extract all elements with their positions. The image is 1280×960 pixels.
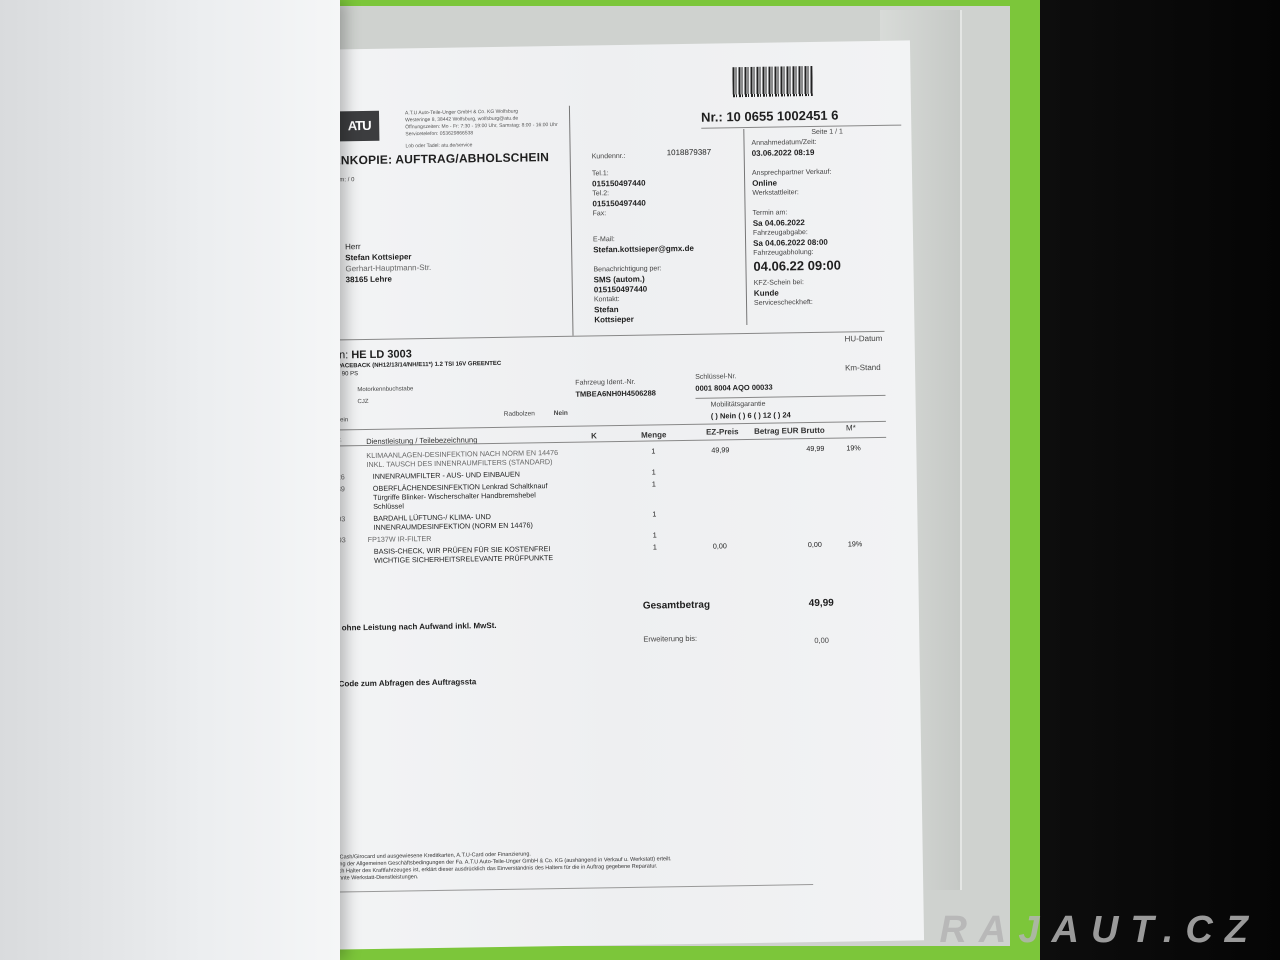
total-value: 49,99 [809, 598, 834, 609]
vin: TMBEA6NH0H4506288 [575, 388, 656, 398]
phone-block: Tel.1: 015150497440 Tel.2: 015150497440 … [592, 169, 646, 220]
document-title: DENKOPIE: AUFTRAG/ABHOLSCHEIN [324, 150, 550, 168]
customer-no: 1018879387 [667, 148, 712, 158]
vehicle-model: D SPACEBACK (NH12/13/14/NH/E11*) 1.2 TSI… [327, 361, 501, 370]
left-page [0, 0, 340, 960]
atu-logo: ATU [339, 111, 379, 142]
barcode [732, 66, 812, 97]
customer-no-label: Kundennr.: [592, 153, 626, 161]
mobility-options: ( ) Nein ( ) 6 ( ) 12 ( ) 24 [711, 410, 791, 420]
total-label: Gesamtbetrag [643, 600, 710, 612]
company-block: A.T.U Auto-Teile-Unger GmbH & Co. KG Wol… [405, 108, 558, 150]
email: Stefan.kottsieper@gmx.de [593, 244, 694, 256]
engine-code: CJZ [357, 399, 368, 405]
vin-label: Fahrzeug Ident.-Nr. [575, 379, 635, 387]
code-note: ner Code zum Abfragen des Auftragssta [324, 677, 476, 688]
mobility-label: Mobilitätsgarantie [711, 401, 766, 409]
wheel-bolts-value: Nein [554, 410, 568, 417]
pickup-time: 04.06.22 09:00 [753, 257, 845, 274]
km-label: Km-Stand [845, 363, 881, 373]
hu-label: HU-Datum [845, 333, 883, 344]
order-document: ATU A.T.U Auto-Teile-Unger GmbH & Co. KG… [300, 40, 924, 949]
extension-value: 0,00 [814, 636, 829, 645]
customer-address: Herr Stefan Kottsieper Gerhart-Hauptmann… [345, 240, 431, 285]
key-label: Schlüssel-Nr. [695, 373, 736, 381]
footer-terms: n: Bar, EC-Cash/Girocard und ausgewiesen… [313, 849, 672, 883]
costs-note: sten ohne Leistung nach Aufwand inkl. Mw… [323, 621, 497, 633]
order-number: Nr.: 10 0655 1002451 6 [701, 108, 839, 125]
key-number: 0001 8004 AQO 00033 [695, 383, 772, 393]
extension-label: Erweiterung bis: [643, 634, 697, 644]
appointment-panel: Seite 1 / 1 Annahmedatum/Zeit: 03.06.202… [751, 127, 845, 308]
contact-block: E-Mail: Stefan.kottsieper@gmx.de Benachr… [593, 234, 695, 326]
watermark: RAJAUT.CZ [939, 909, 1260, 952]
wheel-bolts-label: Radbolzen [504, 410, 535, 417]
engine-code-label: Motorkennbuchstabe [357, 386, 413, 393]
